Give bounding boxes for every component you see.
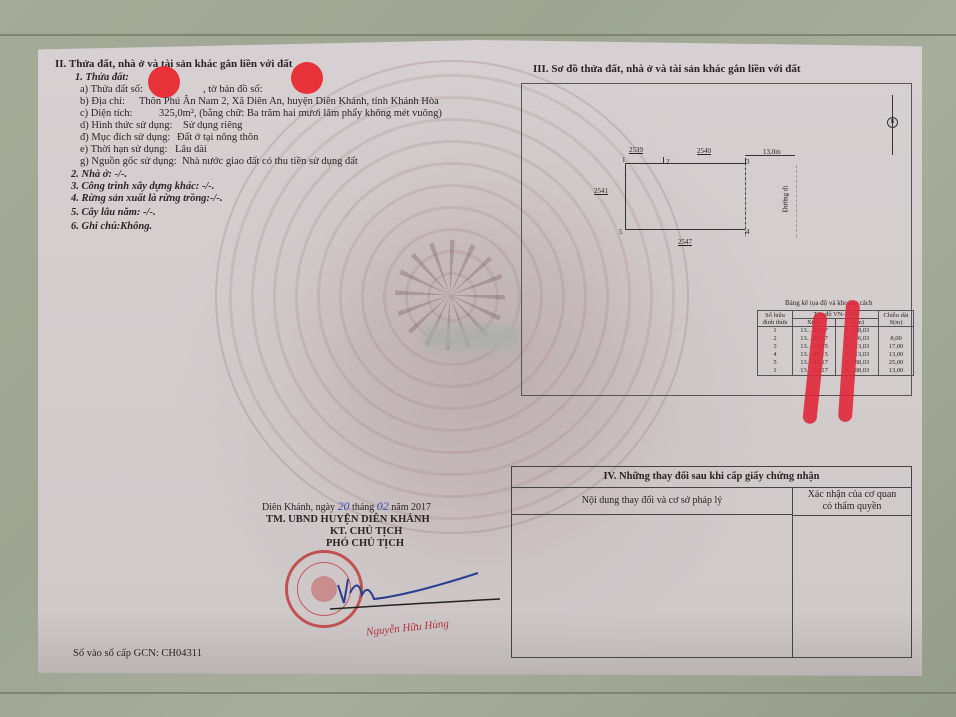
date-day: 20 <box>338 499 350 513</box>
neighbor-parcel-label: 2547 <box>678 238 692 246</box>
parcel-edge <box>663 157 664 163</box>
floor-seam <box>0 34 956 36</box>
parcel-label: a) Thửa đất số: <box>80 84 143 96</box>
confirmation-line-1: Xác nhận của cơ quan <box>793 489 911 501</box>
coords-row: 513…49,175…88,0325,00 <box>758 359 914 367</box>
coords-header-point: Số hiệu đỉnh thửa <box>758 311 793 327</box>
area-value: 325,0m², (bằng chữ: Ba trăm hai mươi lăm… <box>159 108 442 120</box>
neighbor-parcel-label: 2539 <box>629 146 643 154</box>
coords-row: 213…62,175…96,038,00 <box>758 335 914 343</box>
issuing-org: TM. UBND HUYỆN DIÊN KHÁNH <box>266 514 430 526</box>
neighbor-parcel-label: 2541 <box>594 187 608 195</box>
vertex-label: 4 <box>746 228 750 236</box>
coords-cell-point: 3 <box>758 343 793 351</box>
perennial-item: 5. Cây lâu năm: -/-. <box>71 207 156 219</box>
place-date: Diên Khánh, ngày 20 tháng 02 năm 2017 <box>262 500 431 514</box>
parcel-edge <box>625 163 746 164</box>
date-month: 02 <box>377 499 389 513</box>
changes-table: IV. Những thay đổi sau khi cấp giấy chứn… <box>511 466 912 658</box>
note-item: 6. Ghi chú:Không. <box>71 221 152 233</box>
place-date-prefix: Diên Khánh, ngày <box>262 502 335 513</box>
coords-cell-point: 1 <box>758 367 793 376</box>
coords-header-system: Tọa độ VN-2000 <box>793 311 879 319</box>
changes-col-confirmation: Xác nhận của cơ quan có thẩm quyền <box>793 488 911 516</box>
purpose-label: đ) Mục đích sử dụng: <box>80 132 170 144</box>
section-2-title: II. Thửa đất, nhà ở và tài sản khác gắn … <box>55 58 292 70</box>
changes-col-content: Nội dung thay đổi và cơ sở pháp lý <box>512 488 793 515</box>
coords-cell-s: 13,00 <box>879 367 914 376</box>
coords-cell-point: 2 <box>758 335 793 343</box>
coords-cell-s: 17,00 <box>879 343 914 351</box>
other-works-item: 3. Công trình xây dựng khác: -/-. <box>71 181 214 193</box>
vertex-label: 3 <box>746 158 750 166</box>
usage-form-value: Sử dụng riêng <box>183 120 242 132</box>
coords-cell-s: 13,00 <box>879 351 914 359</box>
coords-row: 413…49,155…13,0313,00 <box>758 351 914 359</box>
coords-cell-point: 5 <box>758 359 793 367</box>
road-width-label: 13,0m <box>763 148 781 156</box>
coords-cell-point: 1 <box>758 327 793 336</box>
map-sheet-label: , tờ bản đồ số: <box>203 84 263 96</box>
house-item: 2. Nhà ở: -/-. <box>71 169 127 181</box>
section-4-title: IV. Những thay đổi sau khi cấp giấy chứn… <box>512 467 911 488</box>
registry-number: Số vào sổ cấp GCN: CH04311 <box>73 648 202 660</box>
north-arrow-marker-icon: B <box>887 117 898 128</box>
coords-cell-point: 4 <box>758 351 793 359</box>
land-heading: 1. Thửa đất: <box>75 72 129 84</box>
confirmation-line-2: có thẩm quyền <box>793 501 911 513</box>
usage-form-label: d) Hình thức sử dụng: <box>80 120 172 132</box>
coords-cell-s: 25,00 <box>879 359 914 367</box>
redaction-mark <box>148 66 180 98</box>
year-label: năm 2017 <box>391 502 431 513</box>
handwritten-signature-icon <box>330 565 510 615</box>
term-label: e) Thời hạn sử dụng: <box>80 144 167 156</box>
road-name-label: Đường đi <box>781 186 789 213</box>
address-label: b) Địa chỉ: <box>80 96 125 108</box>
month-label: tháng <box>352 502 374 513</box>
floor-seam <box>0 692 956 694</box>
coords-cell-s <box>879 327 914 336</box>
column-divider <box>792 514 793 657</box>
signer-title-2: PHÓ CHỦ TỊCH <box>326 538 404 550</box>
signer-title-1: KT. CHỦ TỊCH <box>330 526 402 538</box>
coords-row: 113…62,175…88,0313,00 <box>758 367 914 376</box>
address-value: Thôn Phú Ân Nam 2, Xã Diên An, huyện Diê… <box>139 96 439 108</box>
neighbor-parcel-label: 2540 <box>697 147 711 155</box>
redaction-mark <box>291 62 323 94</box>
vertex-label: 5 <box>619 228 623 236</box>
parcel-edge <box>625 163 626 230</box>
vertex-label: 2 <box>666 158 670 166</box>
coords-header-distance: Chiều dài S(m) <box>879 311 914 327</box>
origin-value: Nhà nước giao đất có thu tiền sử dụng đấ… <box>182 156 358 168</box>
vertex-label: 1 <box>622 156 626 164</box>
area-label: c) Diện tích: <box>80 108 132 120</box>
coords-table: Số hiệu đỉnh thửa Tọa độ VN-2000 Chiều d… <box>757 310 914 376</box>
blurred-region <box>425 325 520 349</box>
coords-row: 313…62,155…13,0317,00 <box>758 343 914 351</box>
coords-cell-s: 8,00 <box>879 335 914 343</box>
origin-label: g) Nguồn gốc sử dụng: <box>80 156 177 168</box>
forest-item: 4. Rừng sản xuất là rừng trồng:-/-. <box>71 193 222 205</box>
coords-row: 113…62,175…88,03 <box>758 327 914 336</box>
section-3-title: III. Sơ đồ thửa đất, nhà ở và tài sản kh… <box>533 63 801 75</box>
purpose-value: Đất ở tại nông thôn <box>177 132 258 144</box>
term-value: Lâu dài <box>175 144 207 156</box>
parcel-edge <box>625 229 746 230</box>
